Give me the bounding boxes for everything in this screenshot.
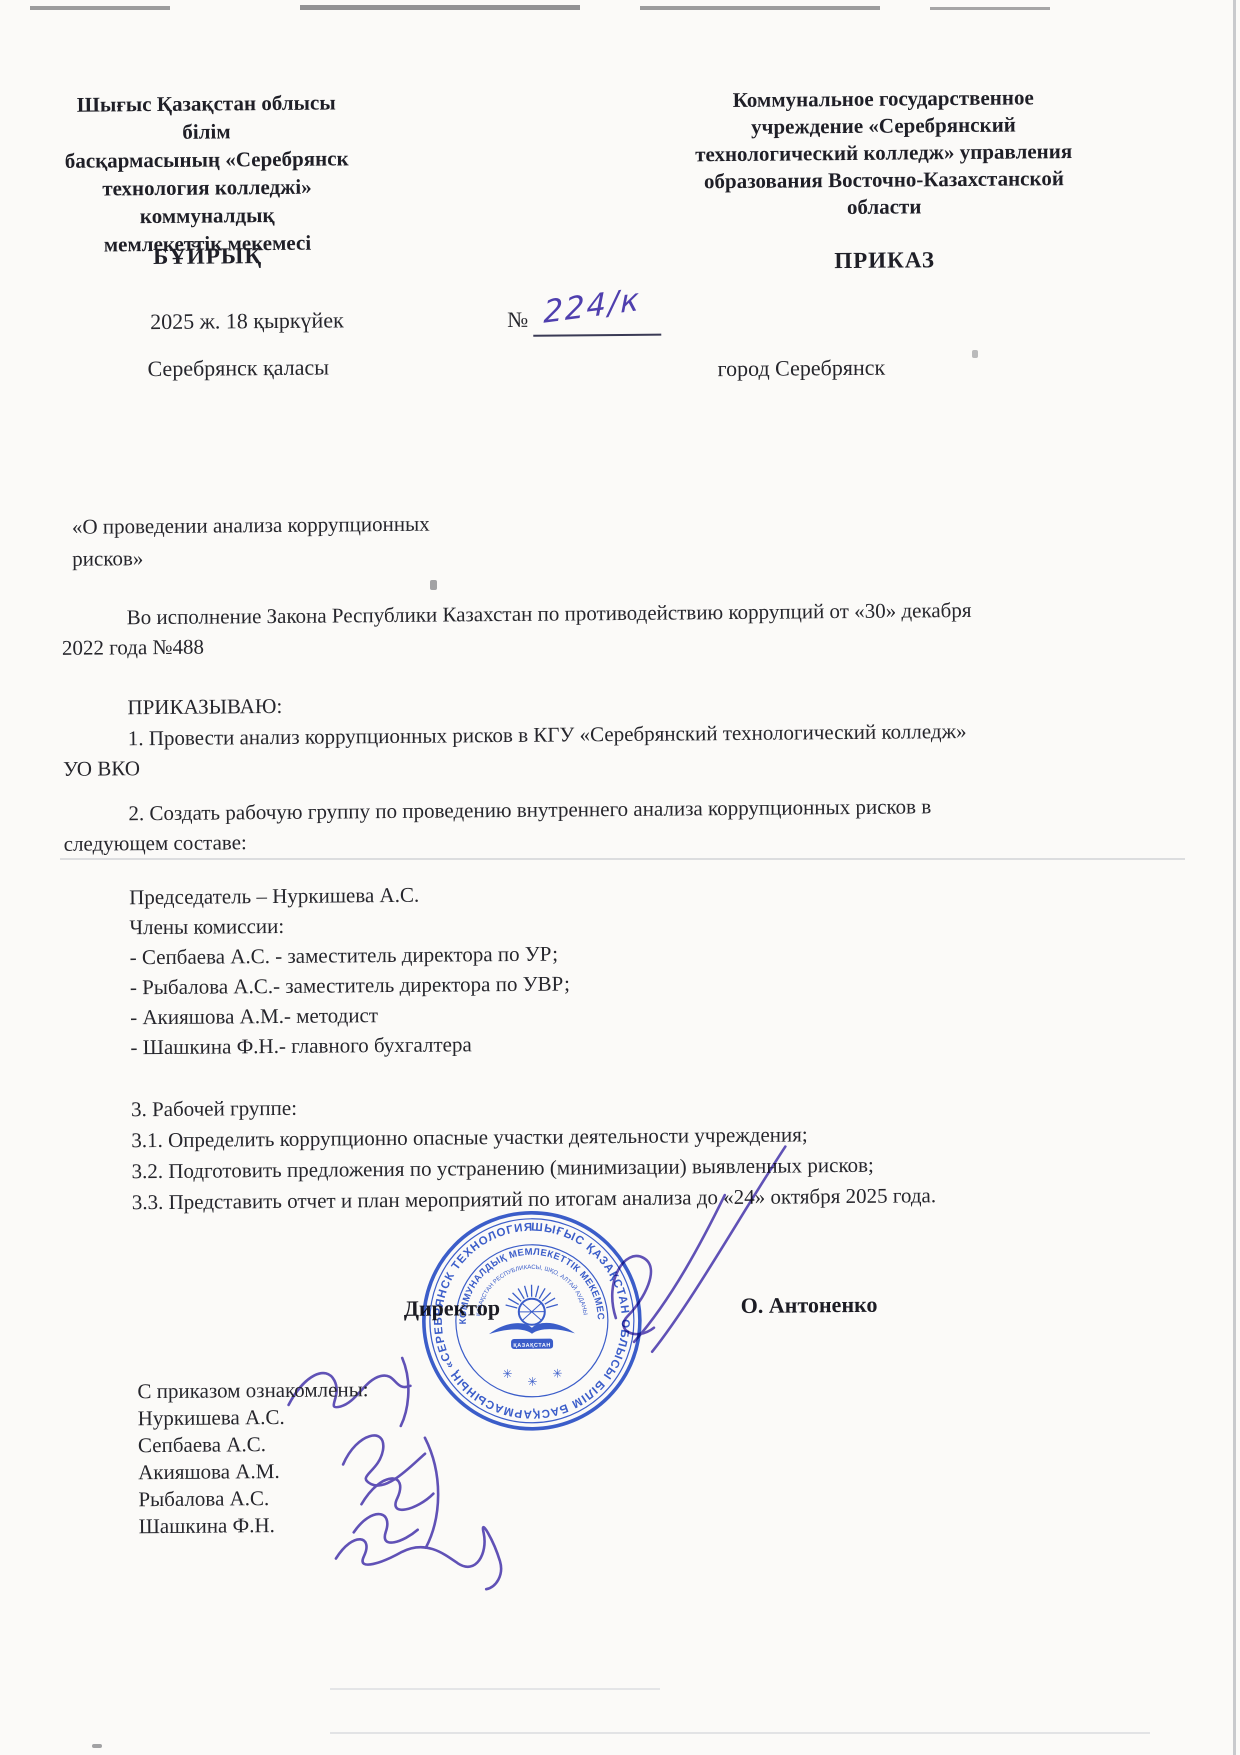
acknowledgement-signature: [400, 1358, 409, 1426]
acknowledgement-label: С приказом ознакомлены:: [137, 1376, 368, 1405]
director-signature: [612, 1256, 654, 1334]
director-signature: [633, 1195, 726, 1342]
acknowledgement-name: Шашкина Ф.Н.: [139, 1511, 370, 1540]
acknowledgement-name: Нуркишева А.С.: [138, 1403, 369, 1432]
acknowledgement-signature: [361, 1478, 433, 1510]
acknowledgement-name: Акияшова А.М.: [138, 1457, 369, 1486]
acknowledgement-name: Сепбаева А.С.: [138, 1430, 369, 1459]
scanned-order-document: { "document": { "header_left": { "org_li…: [0, 0, 1240, 1755]
acknowledgement-signature: [425, 1438, 439, 1548]
director-signature: [650, 1147, 787, 1352]
acknowledgement-block: С приказом ознакомлены: Нуркишева А.С. С…: [137, 1376, 370, 1540]
document-page: Шығыс Қазақстан облысы білім басқармасын…: [0, 0, 1240, 1755]
acknowledgement-name: Рыбалова А.С.: [138, 1484, 369, 1513]
